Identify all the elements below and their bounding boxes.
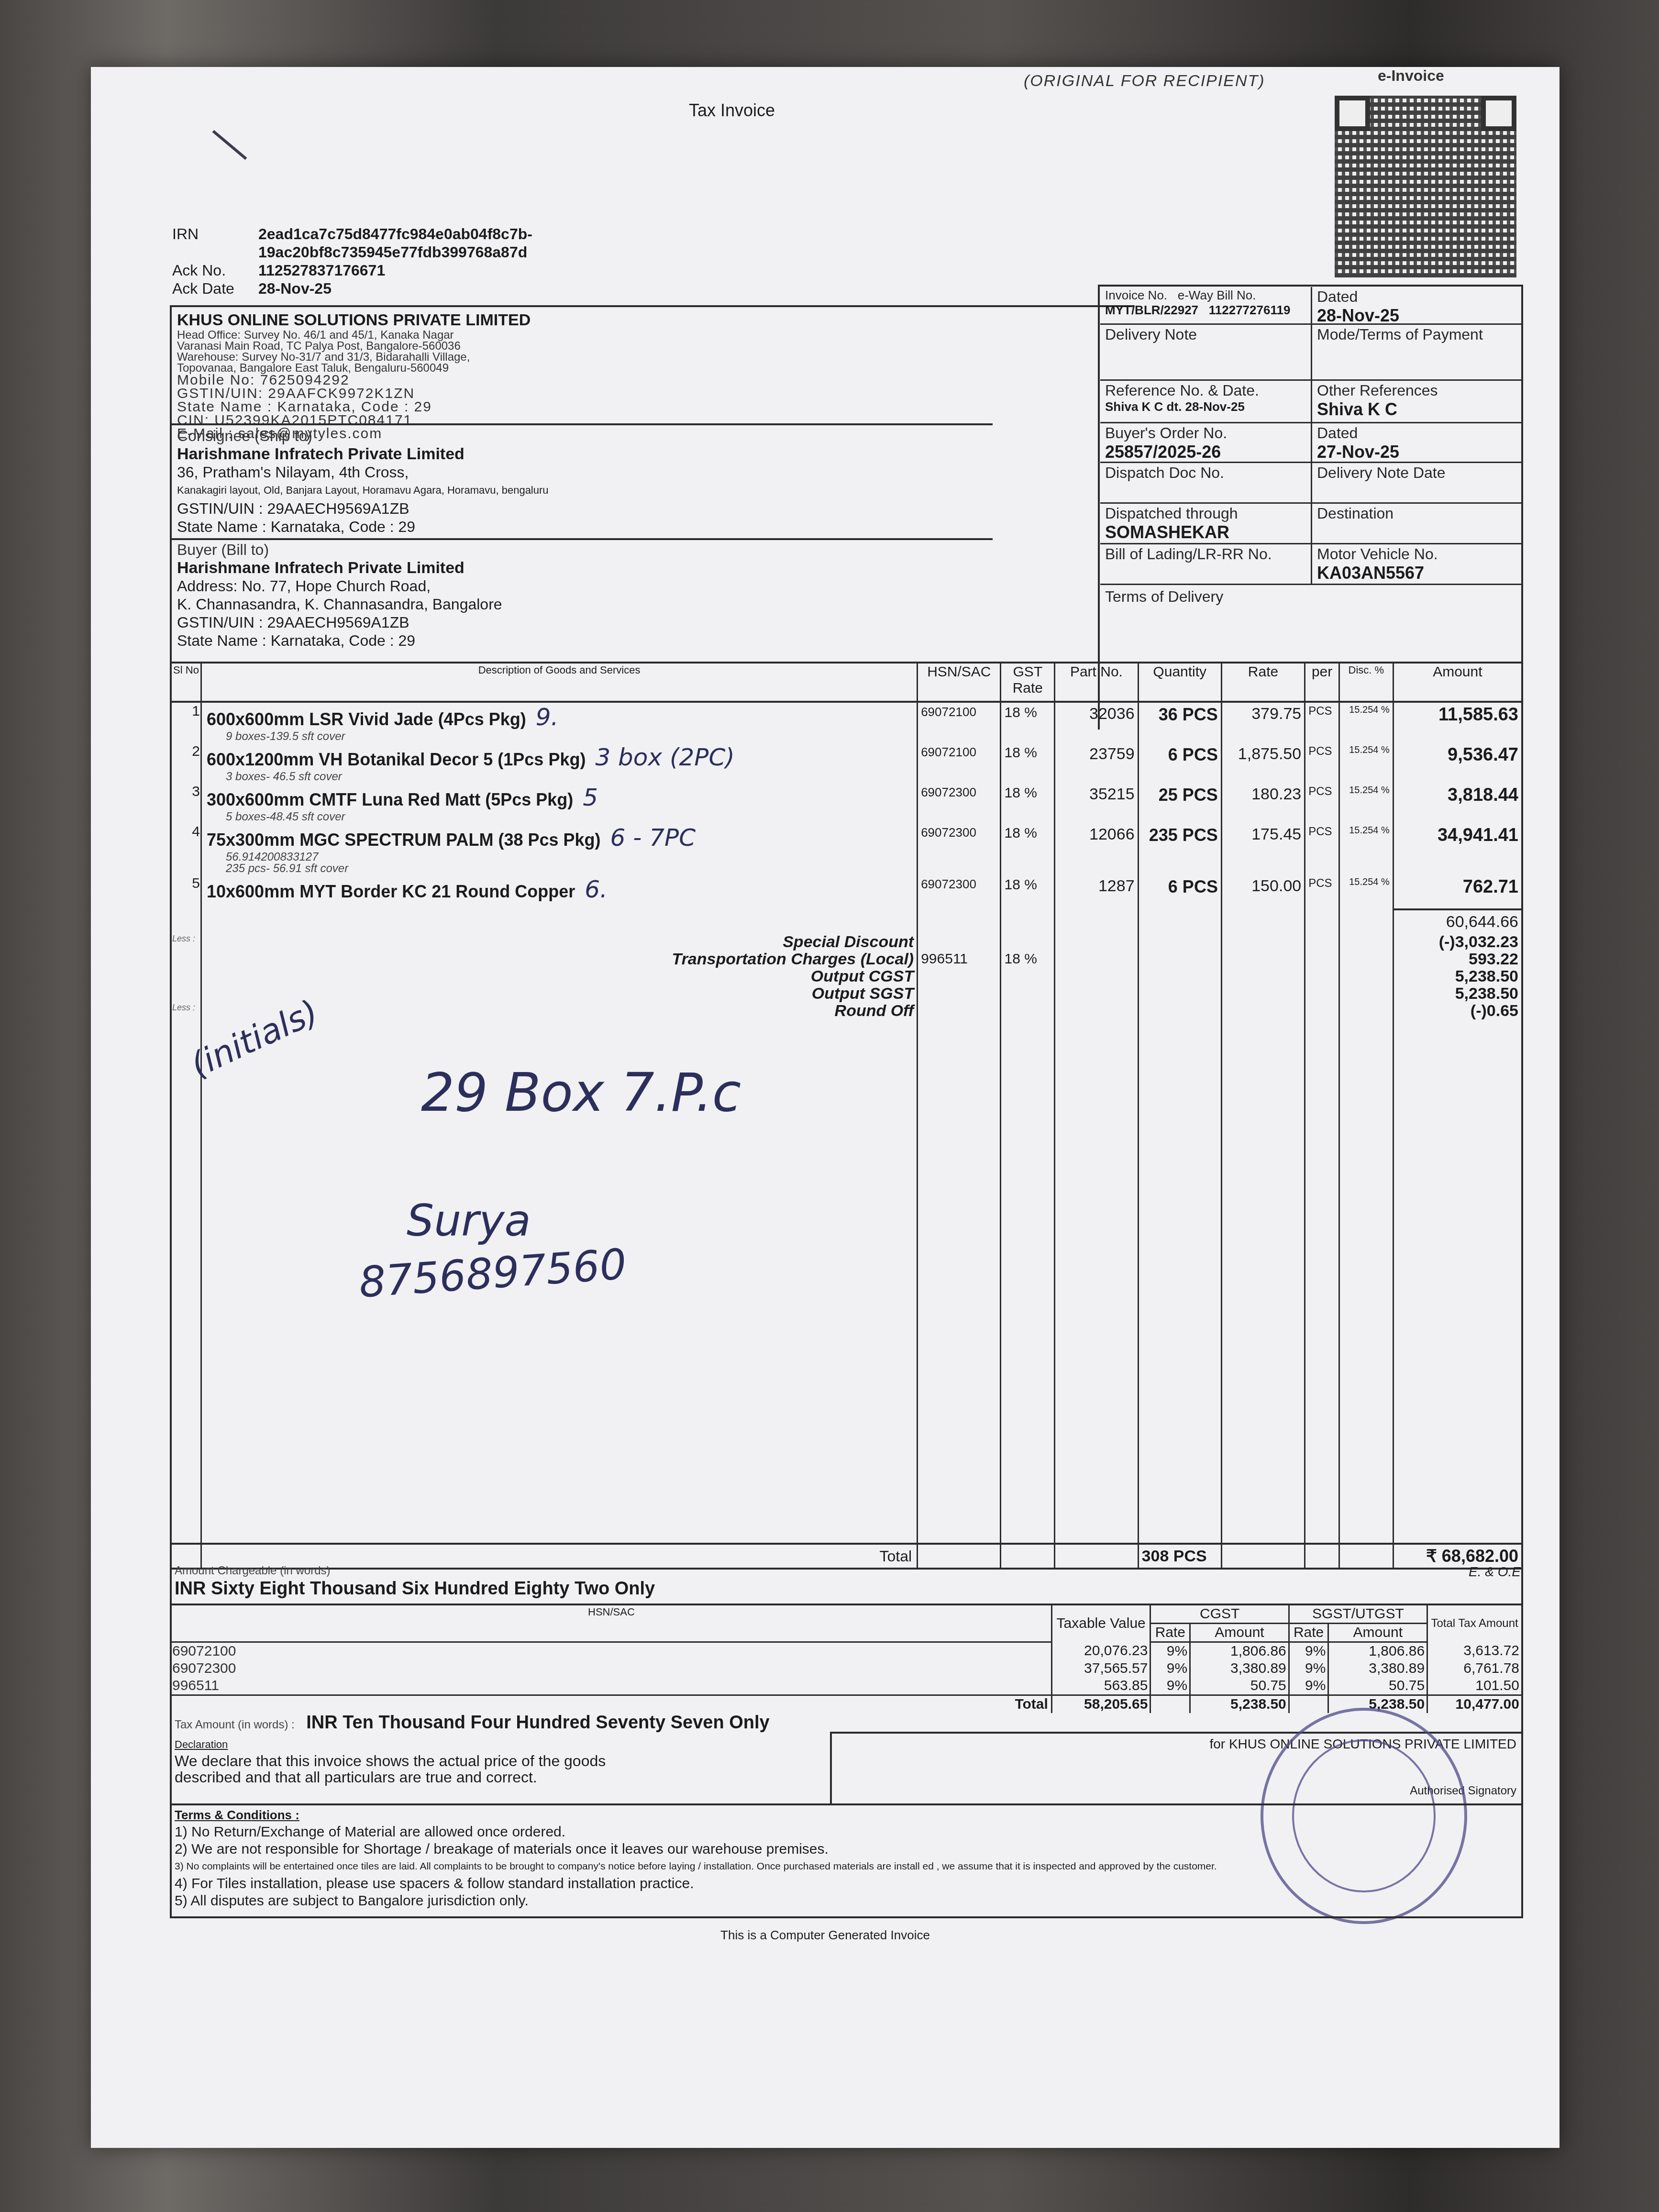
terms-item: 2) We are not responsible for Shortage /… [175, 1841, 1217, 1858]
item-qty: 6 PCS [1138, 743, 1221, 783]
spacer-cell [1055, 951, 1138, 968]
item-part: 23759 [1055, 743, 1138, 783]
seller-state: State Name : Karnataka, Code : 29 [177, 400, 1086, 414]
tax-cgst-amt: 50.75 [1190, 1677, 1289, 1695]
column-header-rate: Rate [1221, 664, 1305, 702]
item-sl: 2 [172, 743, 201, 783]
tax-total-cgst: 5,238.50 [1190, 1695, 1289, 1714]
item-hsn: 69072300 [918, 823, 1001, 875]
buyer-gstin: GSTIN/UIN : 29AAECH9569A1ZB [177, 613, 1086, 631]
item-per: PCS [1305, 823, 1339, 875]
spacer-cell [1138, 1002, 1221, 1019]
tax-total-taxable: 58,205.65 [1051, 1695, 1150, 1714]
item-part: 35215 [1055, 783, 1138, 823]
eoe-label: E. & O.E [1469, 1564, 1521, 1580]
item-part: 12066 [1055, 823, 1138, 875]
spacer-cell [918, 1019, 1001, 1544]
table-row: 475x300mm MGC SPECTRUM PALM (38 Pcs Pkg)… [172, 823, 1521, 875]
buyer-label: Buyer (Bill to) [177, 541, 1086, 559]
adjustment-label: Output CGST [201, 968, 918, 985]
item-description: 600x600mm LSR Vivid Jade (4Pcs Pkg)9.9 b… [201, 702, 918, 743]
adjustment-hsn [918, 1002, 1001, 1019]
terms-delivery-label: Terms of Delivery [1105, 588, 1516, 606]
adjustment-amount: 593.22 [1393, 951, 1521, 968]
vehicle-value: KA03AN5567 [1317, 563, 1516, 583]
handwritten-qty-note: 5 [583, 784, 598, 811]
item-per: PCS [1305, 783, 1339, 823]
seller-address-line: Varanasi Main Road, TC Palya Post, Banga… [177, 341, 1086, 352]
spacer-cell [201, 909, 918, 933]
tax-subcolumn-rate: Rate [1150, 1624, 1190, 1642]
terms-item: 1) No Return/Exchange of Material are al… [175, 1824, 1217, 1841]
column-header-disc: Disc. % [1339, 664, 1393, 702]
tax-total: 3,613.72 [1427, 1642, 1521, 1660]
total-quantity: 308 PCS [1138, 1544, 1221, 1568]
spacer-cell [918, 909, 1001, 933]
invoice-no: MYT/BLR/22927 [1105, 303, 1198, 317]
item-disc: 15.254 % [1339, 702, 1393, 743]
spacer-cell [1339, 1544, 1393, 1568]
less-label: Less : [172, 1002, 201, 1019]
spacer-cell [1150, 1695, 1190, 1714]
item-per: PCS [1305, 875, 1339, 909]
adjustment-label: Transportation Charges (Local) [201, 951, 918, 968]
item-subnote: 235 pcs- 56.91 sft cover [207, 863, 916, 874]
tax-sgst-amt: 50.75 [1328, 1677, 1427, 1695]
consignee-gstin: GSTIN/UIN : 29AAECH9569A1ZB [177, 499, 1086, 518]
item-hsn: 69072300 [918, 875, 1001, 909]
column-header-qty: Quantity [1138, 664, 1221, 702]
tax-cgst-rate: 9% [1150, 1660, 1190, 1677]
adjustment-gst: 18 % [1001, 951, 1055, 968]
total-row: Total308 PCS₹ 68,682.00 [172, 1544, 1521, 1568]
spacer-cell [1138, 1019, 1221, 1544]
column-header-per: per [1305, 664, 1339, 702]
spacer-cell [1001, 909, 1055, 933]
invoice-title: Tax Invoice [689, 100, 775, 121]
tax-summary-table: HSN/SACTaxable ValueCGSTSGST/UTGSTTotal … [172, 1605, 1521, 1713]
tax-column-sgst: SGST/UTGST [1289, 1605, 1427, 1624]
item-qty: 25 PCS [1138, 783, 1221, 823]
tax-column-total: Total Tax Amount [1427, 1605, 1521, 1642]
tax-taxable: 37,565.57 [1051, 1660, 1150, 1677]
item-hsn: 69072100 [918, 743, 1001, 783]
tax-row: 6907210020,076.239%1,806.869%1,806.863,6… [172, 1642, 1521, 1660]
subtotal-amount: 60,644.66 [1393, 909, 1521, 933]
seller-mobile: Mobile No: 7625094292 [177, 374, 1086, 387]
spacer-cell [1055, 1002, 1138, 1019]
tax-sgst-rate: 9% [1289, 1660, 1328, 1677]
tax-subcolumn-amount: Amount [1328, 1624, 1427, 1642]
item-name: 10x600mm MYT Border KC 21 Round Copper [207, 882, 575, 901]
declaration-label: Declaration [175, 1736, 606, 1753]
spacer-cell [1055, 1019, 1138, 1544]
bill-of-lading-label: Bill of Lading/LR-RR No. [1105, 545, 1306, 563]
item-disc: 15.254 % [1339, 743, 1393, 783]
tax-hsn: 69072100 [172, 1642, 1051, 1660]
consignee-label: Consignee (Ship to) [177, 427, 1086, 445]
spacer-cell [1221, 951, 1305, 968]
seller-address-line: Warehouse: Survey No-31/7 and 31/3, Bida… [177, 352, 1086, 363]
handwritten-qty-note: 3 box (2PC) [595, 743, 734, 771]
dispatch-doc-label: Dispatch Doc No. [1105, 464, 1306, 482]
item-name: 600x600mm LSR Vivid Jade (4Pcs Pkg) [207, 709, 526, 729]
spacer-cell [1305, 1019, 1339, 1544]
adjustment-gst [1001, 968, 1055, 985]
tax-subcolumn-amount: Amount [1190, 1624, 1289, 1642]
tax-sgst-rate: 9% [1289, 1642, 1328, 1660]
terms-item: 5) All disputes are subject to Bangalore… [175, 1892, 1217, 1910]
table-row: 3300x600mm CMTF Luna Red Matt (5Pcs Pkg)… [172, 783, 1521, 823]
delivery-note-label: Delivery Note [1105, 326, 1306, 343]
consignee-address2: Kanakagiri layout, Old, Banjara Layout, … [177, 481, 1086, 499]
tax-row: 6907230037,565.579%3,380.899%3,380.896,7… [172, 1660, 1521, 1677]
consignee-block: Consignee (Ship to) Harishmane Infratech… [177, 427, 1086, 536]
spacer-cell [1339, 951, 1393, 968]
consignee-name: Harishmane Infratech Private Limited [177, 445, 1086, 463]
invoice-meta-grid: .mrow { display:flex; border-bottom:3px … [1100, 287, 1521, 677]
adjustment-hsn [918, 985, 1001, 1002]
item-gst: 18 % [1001, 823, 1055, 875]
tax-row: 996511563.859%50.759%50.75101.50 [172, 1677, 1521, 1695]
spacer-cell [1221, 1544, 1305, 1568]
copy-label: (ORIGINAL FOR RECIPIENT) [1024, 72, 1265, 90]
invoice-no-label: Invoice No. [1105, 288, 1167, 302]
item-rate: 379.75 [1221, 702, 1305, 743]
adjustment-label: Special Discount [201, 933, 918, 951]
declaration-text1: We declare that this invoice shows the a… [175, 1753, 606, 1769]
dated-value: 28-Nov-25 [1317, 306, 1516, 326]
buyer-order-label: Buyer's Order No. [1105, 424, 1306, 442]
item-part: 1287 [1055, 875, 1138, 909]
spacer-cell [1339, 1019, 1393, 1544]
terms-item: 3) No complaints will be entertained onc… [175, 1858, 1217, 1875]
tax-hsn: 996511 [172, 1677, 1051, 1695]
terms-item: 4) For Tiles installation, please use sp… [175, 1875, 1217, 1892]
company-stamp-icon [1261, 1708, 1467, 1924]
item-qty: 235 PCS [1138, 823, 1221, 875]
handwritten-qty-note: 6. [585, 875, 608, 903]
item-qty: 36 PCS [1138, 702, 1221, 743]
tax-total: 6,761.78 [1427, 1660, 1521, 1677]
spacer-cell [172, 1019, 201, 1544]
spacer-cell [1339, 985, 1393, 1002]
declaration-block: Declaration We declare that this invoice… [175, 1736, 606, 1785]
spacer-cell [1221, 1002, 1305, 1019]
adjustment-amount: (-)0.65 [1393, 1002, 1521, 1019]
column-header-gst: GST Rate [1001, 664, 1055, 702]
vehicle-label: Motor Vehicle No. [1317, 545, 1516, 563]
subtotal-row: 60,644.66 [172, 909, 1521, 933]
item-rate: 150.00 [1221, 875, 1305, 909]
adjustment-amount: 5,238.50 [1393, 985, 1521, 1002]
adjustment-row: Less :Round Off(-)0.65 [172, 1002, 1521, 1019]
tax-subheader-row: RateAmountRateAmount [172, 1624, 1521, 1642]
item-disc: 15.254 % [1339, 875, 1393, 909]
tax-column-hsn: HSN/SAC [172, 1605, 1051, 1624]
tax-subcolumn-rate: Rate [1289, 1624, 1328, 1642]
item-sl: 3 [172, 783, 201, 823]
seller-block: KHUS ONLINE SOLUTIONS PRIVATE LIMITED He… [177, 311, 1086, 441]
table-row: 1600x600mm LSR Vivid Jade (4Pcs Pkg)9.9 … [172, 702, 1521, 743]
adjustment-row: Output SGST5,238.50 [172, 985, 1521, 1002]
amount-words-label: Amount Chargeable (in words) [175, 1564, 331, 1578]
item-per: PCS [1305, 702, 1339, 743]
buyer-block: Buyer (Bill to) Harishmane Infratech Pri… [177, 541, 1086, 650]
eway-label: e-Way Bill No. [1178, 288, 1256, 302]
tax-total-amount: 10,477.00 [1427, 1695, 1521, 1714]
tax-header-row: HSN/SACTaxable ValueCGSTSGST/UTGSTTotal … [172, 1605, 1521, 1624]
column-header-hsn: HSN/SAC [918, 664, 1001, 702]
terms-block: Terms & Conditions : 1) No Return/Exchan… [175, 1806, 1217, 1910]
tax-words-label: Tax Amount (in words) : [175, 1718, 295, 1731]
spacer-cell [1221, 909, 1305, 933]
item-amount: 9,536.47 [1393, 743, 1521, 783]
ack-no: 112527837176671 [258, 262, 385, 279]
ack-no-label: Ack No. [172, 261, 258, 279]
item-description: 75x300mm MGC SPECTRUM PALM (38 Pcs Pkg)6… [201, 823, 918, 875]
spacer-cell [918, 1544, 1001, 1568]
buyer-name: Harishmane Infratech Private Limited [177, 559, 1086, 577]
spacer-cell [1289, 1695, 1328, 1714]
less-label [172, 985, 201, 1002]
item-name: 75x300mm MGC SPECTRUM PALM (38 Pcs Pkg) [207, 830, 601, 850]
item-amount: 34,941.41 [1393, 823, 1521, 875]
column-header-amount: Amount [1393, 664, 1521, 702]
adjustment-row: Less :Special Discount(-)3,032.23 [172, 933, 1521, 951]
spacer-cell [1001, 1544, 1055, 1568]
spacer-cell [1339, 1002, 1393, 1019]
item-sl: 4 [172, 823, 201, 875]
spacer-cell [1138, 985, 1221, 1002]
adjustment-hsn [918, 933, 1001, 951]
reference-label: Reference No. & Date. [1105, 382, 1306, 399]
buyer-order-value: 25857/2025-26 [1105, 442, 1306, 462]
buyer-state: State Name : Karnataka, Code : 29 [177, 631, 1086, 650]
item-rate: 180.23 [1221, 783, 1305, 823]
order-dated-label: Dated [1317, 424, 1516, 442]
tax-column-cgst: CGST [1150, 1605, 1289, 1624]
adjustment-hsn: 996511 [918, 951, 1001, 968]
tax-sgst-amt: 1,806.86 [1328, 1642, 1427, 1660]
tax-sgst-amt: 3,380.89 [1328, 1660, 1427, 1677]
dispatched-through-label: Dispatched through [1105, 505, 1306, 522]
irn-line1: 2ead1ca7c75d8477fc984e0ab04f8c7b- [258, 225, 532, 243]
buyer-address2: K. Channasandra, K. Channasandra, Bangal… [177, 595, 1086, 613]
item-sl: 1 [172, 702, 201, 743]
column-header-sl: Sl No [172, 664, 201, 702]
seller-address-line: Head Office: Survey No. 46/1 and 45/1, K… [177, 330, 1086, 341]
tax-sgst-rate: 9% [1289, 1677, 1328, 1695]
tax-cgst-amt: 3,380.89 [1190, 1660, 1289, 1677]
item-amount: 3,818.44 [1393, 783, 1521, 823]
adjustment-gst [1001, 933, 1055, 951]
spacer-cell [1138, 968, 1221, 985]
spacer-cell [1305, 1544, 1339, 1568]
item-part: 32036 [1055, 702, 1138, 743]
invoice-paper: Tax Invoice (ORIGINAL FOR RECIPIENT) e-I… [91, 67, 1559, 2148]
item-disc: 15.254 % [1339, 823, 1393, 875]
spacer-cell [1393, 1019, 1521, 1544]
item-per: PCS [1305, 743, 1339, 783]
item-subnote: 9 boxes-139.5 sft cover [207, 731, 916, 742]
adjustment-row: Output CGST5,238.50 [172, 968, 1521, 985]
item-amount: 762.71 [1393, 875, 1521, 909]
tax-cgst-rate: 9% [1150, 1677, 1190, 1695]
tax-total-row: Total58,205.655,238.505,238.5010,477.00 [172, 1695, 1521, 1714]
spacer-cell [1055, 933, 1138, 951]
less-label [172, 968, 201, 985]
delivery-note-date-label: Delivery Note Date [1317, 464, 1516, 482]
other-ref-value: Shiva K C [1317, 399, 1516, 420]
tax-taxable: 20,076.23 [1051, 1642, 1150, 1660]
irn-label: IRN [172, 225, 258, 243]
eway-no: 112277276119 [1209, 303, 1291, 317]
tax-cgst-rate: 9% [1150, 1642, 1190, 1660]
spacer-cell [1305, 968, 1339, 985]
spacer-cell [1339, 909, 1393, 933]
seller-name: KHUS ONLINE SOLUTIONS PRIVATE LIMITED [177, 311, 1086, 330]
item-gst: 18 % [1001, 743, 1055, 783]
spacer-cell [1055, 1544, 1138, 1568]
spacer-cell [1221, 933, 1305, 951]
item-name: 300x600mm CMTF Luna Red Matt (5Pcs Pkg) [207, 790, 573, 809]
item-qty: 6 PCS [1138, 875, 1221, 909]
reference-value: Shiva K C dt. 28-Nov-25 [1105, 399, 1306, 414]
consignee-address1: 36, Pratham's Nilayam, 4th Cross, [177, 463, 1086, 481]
item-disc: 15.254 % [1339, 783, 1393, 823]
table-row: 510x600mm MYT Border KC 21 Round Copper6… [172, 875, 1521, 909]
tax-words-value: INR Ten Thousand Four Hundred Seventy Se… [306, 1713, 769, 1733]
item-rate: 1,875.50 [1221, 743, 1305, 783]
terms-label: Terms & Conditions : [175, 1806, 1217, 1824]
seller-gstin: GSTIN/UIN: 29AAFCK9972K1ZN [177, 387, 1086, 400]
order-dated-value: 27-Nov-25 [1317, 442, 1516, 462]
spacer-cell [1305, 951, 1339, 968]
tax-total: 101.50 [1427, 1677, 1521, 1695]
spacer-cell [1138, 933, 1221, 951]
spacer-cell [1339, 933, 1393, 951]
item-hsn: 69072300 [918, 783, 1001, 823]
item-amount: 11,585.63 [1393, 702, 1521, 743]
payment-terms-label: Mode/Terms of Payment [1317, 326, 1516, 343]
other-ref-label: Other References [1317, 382, 1516, 399]
spacer-cell [172, 1624, 1051, 1642]
handwritten-qty-note: 6 - 7PC [610, 824, 696, 852]
item-description: 300x600mm CMTF Luna Red Matt (5Pcs Pkg)5… [201, 783, 918, 823]
declaration-text2: described and that all particulars are t… [175, 1769, 606, 1785]
spacer-cell [1055, 909, 1138, 933]
tax-cgst-amt: 1,806.86 [1190, 1642, 1289, 1660]
adjustment-gst [1001, 1002, 1055, 1019]
pen-stroke-mark [212, 130, 247, 160]
spacer-cell [1221, 985, 1305, 1002]
table-row: 2600x1200mm VH Botanikal Decor 5 (1Pcs P… [172, 743, 1521, 783]
tax-column-taxable: Taxable Value [1051, 1605, 1150, 1642]
item-gst: 18 % [1001, 783, 1055, 823]
spacer-cell [1339, 968, 1393, 985]
spacer-cell [1055, 985, 1138, 1002]
spacer-cell [1305, 933, 1339, 951]
spacer-cell [172, 909, 201, 933]
consignee-state: State Name : Karnataka, Code : 29 [177, 518, 1086, 536]
spacer-cell [1138, 951, 1221, 968]
qr-code-icon [1335, 96, 1516, 277]
buyer-address1: Address: No. 77, Hope Church Road, [177, 577, 1086, 595]
spacer-cell [1305, 1002, 1339, 1019]
item-sl: 5 [172, 875, 201, 909]
less-label [172, 951, 201, 968]
adjustment-hsn [918, 968, 1001, 985]
item-rate: 175.45 [1221, 823, 1305, 875]
dispatched-through-value: SOMASHEKAR [1105, 522, 1306, 542]
amount-words-value: INR Sixty Eight Thousand Six Hundred Eig… [175, 1579, 655, 1599]
handwritten-name: Surya [407, 1196, 531, 1246]
item-hsn: 69072100 [918, 702, 1001, 743]
adjustment-amount: (-)3,032.23 [1393, 933, 1521, 951]
item-description: 10x600mm MYT Border KC 21 Round Copper6. [201, 875, 918, 909]
spacer-cell [1055, 968, 1138, 985]
column-header-desc: Description of Goods and Services [201, 664, 918, 702]
item-subnote: 5 boxes-48.45 sft cover [207, 811, 916, 823]
adjustment-row: Transportation Charges (Local)99651118 %… [172, 951, 1521, 968]
adjustment-amount: 5,238.50 [1393, 968, 1521, 985]
einvoice-label: e-Invoice [1378, 67, 1444, 85]
spacer-cell [1221, 1019, 1305, 1544]
adjustment-gst [1001, 985, 1055, 1002]
tax-hsn: 69072300 [172, 1660, 1051, 1677]
footer-text: This is a Computer Generated Invoice [91, 1928, 1559, 1943]
spacer-cell [1305, 985, 1339, 1002]
ack-date-label: Ack Date [172, 279, 258, 298]
tax-taxable: 563.85 [1051, 1677, 1150, 1695]
irn-line2: 19ac20bf8c735945e77fdb399768a87d [258, 243, 527, 261]
handwritten-box-count: 29 Box 7.P.c [421, 1062, 741, 1123]
dated-label: Dated [1317, 288, 1516, 306]
items-header-row: Sl NoDescription of Goods and ServicesHS… [172, 664, 1521, 702]
handwritten-qty-note: 9. [536, 703, 559, 731]
spacer-cell [1001, 1019, 1055, 1544]
column-header-part: Part No. [1055, 664, 1138, 702]
item-name: 600x1200mm VH Botanikal Decor 5 (1Pcs Pk… [207, 750, 586, 769]
ack-date: 28-Nov-25 [258, 280, 332, 297]
item-gst: 18 % [1001, 702, 1055, 743]
spacer-cell [1305, 909, 1339, 933]
item-subnote: 3 boxes- 46.5 sft cover [207, 771, 916, 783]
item-description: 600x1200mm VH Botanikal Decor 5 (1Pcs Pk… [201, 743, 918, 783]
item-subnote: 56.914200833127 [207, 852, 916, 863]
destination-label: Destination [1317, 505, 1516, 522]
spacer-cell [1221, 968, 1305, 985]
less-label: Less : [172, 933, 201, 951]
spacer-cell [1138, 909, 1221, 933]
item-gst: 18 % [1001, 875, 1055, 909]
items-table: Sl NoDescription of Goods and ServicesHS… [172, 664, 1521, 1568]
tax-total-label: Total [172, 1695, 1051, 1714]
